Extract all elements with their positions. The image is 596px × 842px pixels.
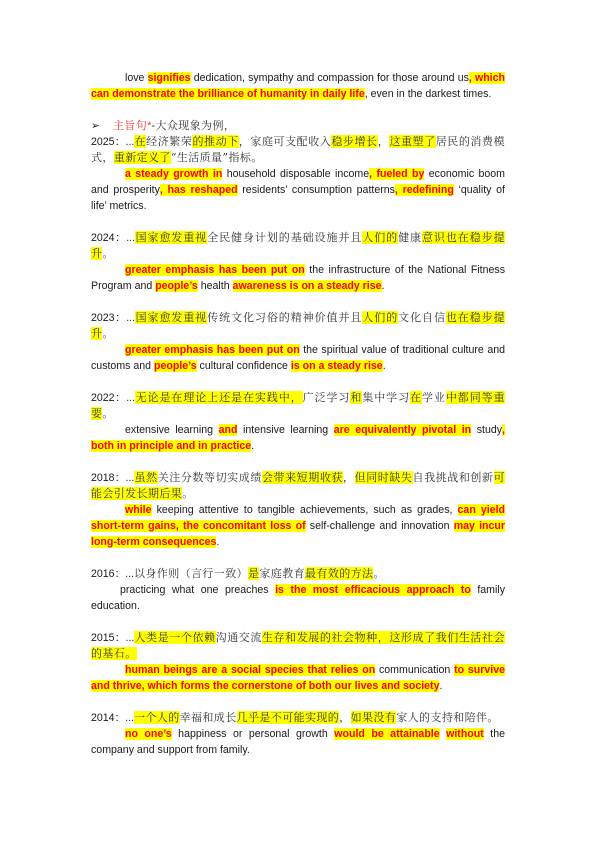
text-segment: . — [439, 680, 442, 692]
text-segment: 自我挑战和创新 — [413, 471, 494, 484]
text-segment: 传统文化习俗的精神价值并且 — [207, 311, 362, 324]
highlighted-text: 人们的 — [362, 311, 398, 324]
text-segment: self-challenge and innovation — [306, 520, 454, 532]
text-segment: ， — [339, 711, 350, 724]
text-segment: 家人的支持和陪伴。 — [396, 711, 499, 724]
highlighted-text: 如果没有 — [351, 711, 397, 724]
text-segment: ， — [343, 471, 355, 484]
text-segment: ，家庭可支配收入 — [239, 135, 332, 148]
highlighted-text: 重新定义了 — [114, 151, 171, 164]
key-phrase: is on a steady rise — [291, 360, 383, 372]
chinese-sentence: 2015：...人类是一个依赖沟通交流生存和发展的社会物种，这形成了我们生活社会… — [91, 630, 505, 662]
highlighted-text: 在 — [410, 391, 422, 404]
entries-list: 2025：...在经济繁荣的推动下，家庭可支配收入稳步增长，这重塑了居民的消费模… — [91, 134, 505, 758]
english-translation: no one’s happiness or personal growth wo… — [91, 726, 505, 758]
key-phrase: greater emphasis has been put on — [125, 344, 300, 356]
spacer — [91, 214, 505, 230]
highlighted-text: 但同时缺失 — [355, 471, 413, 484]
highlighted-text: 无论是在理论上还是在实践中， — [135, 391, 303, 404]
chinese-sentence: 2023：...国家愈发重视传统文化习俗的精神价值并且人们的文化自信也在稳步提升… — [91, 310, 505, 342]
highlighted-text: 一个人的 — [134, 711, 180, 724]
entry-2016: 2016：...以身作则（言行一致）是家庭教育最有效的方法。practicing… — [91, 566, 505, 630]
text-segment: 健康 — [398, 231, 422, 244]
text-segment: 广泛学习 — [303, 391, 351, 404]
chinese-sentence: 2016：...以身作则（言行一致）是家庭教育最有效的方法。 — [91, 566, 505, 582]
highlighted-text: 这重塑了 — [389, 135, 435, 148]
heading-label: 主旨句 — [113, 119, 147, 132]
text-segment: , even in the darkest times. — [365, 88, 492, 100]
key-phrase: without — [446, 728, 484, 740]
chinese-sentence: 2024：...国家愈发重视全民健身计划的基础设施并且人们的健康意识也在稳步提升… — [91, 230, 505, 262]
text-segment: dedication, sympathy and compassion for … — [191, 72, 469, 84]
english-translation: a steady growth in household disposable … — [91, 166, 505, 214]
text-segment: 幸福和成长 — [180, 711, 237, 724]
key-phrase: , fueled by — [369, 168, 424, 180]
highlighted-text: 的推动下 — [192, 135, 238, 148]
text-segment: 经济繁荣 — [146, 135, 192, 148]
highlighted-text: 在 — [134, 135, 146, 148]
spacer — [91, 374, 505, 390]
key-phrase: human beings are a social species that r… — [125, 664, 375, 676]
chinese-sentence: 2022：...无论是在理论上还是在实践中，广泛学习和集中学习在学业中都同等重要… — [91, 390, 505, 422]
text-segment: 。 — [373, 567, 384, 580]
spacer — [91, 614, 505, 630]
highlighted-text: 几乎是不可能实现的 — [237, 711, 340, 724]
key-phrase: signifies — [148, 72, 191, 84]
entry-2022: 2022：...无论是在理论上还是在实践中，广泛学习和集中学习在学业中都同等重要… — [91, 390, 505, 470]
document-page: love signifies dedication, sympathy and … — [91, 70, 505, 758]
english-translation: practicing what one preaches is the most… — [91, 582, 505, 614]
highlighted-text: 人类是一个依赖 — [134, 631, 215, 644]
text-segment: 。 — [102, 407, 113, 420]
year-label: 2018：... — [91, 472, 134, 484]
text-segment: study — [471, 424, 502, 436]
key-phrase: , redefining — [395, 184, 454, 196]
highlighted-text: 国家愈发重视 — [135, 231, 207, 244]
entry-2025: 2025：...在经济繁荣的推动下，家庭可支配收入稳步增长，这重塑了居民的消费模… — [91, 134, 505, 230]
spacer — [91, 102, 505, 118]
text-segment: love — [125, 72, 148, 84]
text-segment: intensive learning — [237, 424, 333, 436]
entry-2018: 2018：...虽然关注分数等切实成绩会带来短期收获，但同时缺失自我挑战和创新可… — [91, 470, 505, 566]
text-segment: 以身作则（言行一致） — [134, 567, 248, 580]
text-segment: 。 — [102, 247, 113, 260]
spacer — [91, 550, 505, 566]
english-translation: while keeping attentive to tangible achi… — [91, 502, 505, 550]
entry-2014: 2014：...一个人的幸福和成长几乎是不可能实现的，如果没有家人的支持和陪伴。… — [91, 710, 505, 758]
highlighted-text: 稳步增长 — [331, 135, 377, 148]
highlighted-text: 人们的 — [362, 231, 398, 244]
entry-2024: 2024：...国家愈发重视全民健身计划的基础设施并且人们的健康意识也在稳步提升… — [91, 230, 505, 310]
chinese-sentence: 2025：...在经济繁荣的推动下，家庭可支配收入稳步增长，这重塑了居民的消费模… — [91, 134, 505, 166]
text-segment: 关注分数等切实成绩 — [158, 471, 262, 484]
entry-2023: 2023：...国家愈发重视传统文化习俗的精神价值并且人们的文化自信也在稳步提升… — [91, 310, 505, 390]
heading-rest: -大众现象为例， — [151, 119, 235, 132]
year-label: 2024：... — [91, 232, 135, 244]
text-segment: 全民健身计划的基础设施并且 — [207, 231, 362, 244]
spacer — [91, 294, 505, 310]
chinese-sentence: 2018：...虽然关注分数等切实成绩会带来短期收获，但同时缺失自我挑战和创新可… — [91, 470, 505, 502]
spacer — [91, 694, 505, 710]
year-label: 2015：... — [91, 632, 134, 644]
text-segment: residents’ consumption patterns — [238, 184, 395, 196]
text-segment: household disposable income — [222, 168, 369, 180]
key-phrase: people’s — [155, 280, 198, 292]
year-label: 2023：... — [91, 312, 135, 324]
key-phrase: people’s — [154, 360, 197, 372]
chinese-sentence: 2014：...一个人的幸福和成长几乎是不可能实现的，如果没有家人的支持和陪伴。 — [91, 710, 505, 726]
key-phrase: awareness is on a steady rise — [233, 280, 382, 292]
text-segment: communication — [375, 664, 454, 676]
english-translation: greater emphasis has been put on the inf… — [91, 262, 505, 294]
key-phrase: a steady growth in — [125, 168, 222, 180]
year-label: 2016：... — [91, 568, 134, 580]
arrow-bullet-icon: ➢ — [91, 118, 113, 134]
key-phrase: is the most efficacious approach to — [275, 584, 471, 596]
highlighted-text: 国家愈发重视 — [135, 311, 207, 324]
english-translation: greater emphasis has been put on the spi… — [91, 342, 505, 374]
text-segment: 。 — [182, 487, 193, 500]
year-label: 2025：... — [91, 136, 134, 148]
year-label: 2014：... — [91, 712, 134, 724]
entry-2015: 2015：...人类是一个依赖沟通交流生存和发展的社会物种，这形成了我们生活社会… — [91, 630, 505, 710]
text-segment: 学业 — [422, 391, 446, 404]
key-phrase: greater emphasis has been put on — [125, 264, 305, 276]
key-phrase: while — [125, 504, 152, 516]
text-segment: . — [382, 280, 385, 292]
key-phrase: and — [219, 424, 238, 436]
year-label: 2022：... — [91, 392, 135, 404]
intro-paragraph: love signifies dedication, sympathy and … — [91, 70, 505, 102]
text-segment: happiness or personal growth — [172, 728, 335, 740]
text-segment: . — [383, 360, 386, 372]
text-segment: “生活质量”指标。 — [171, 151, 263, 164]
key-phrase: , has reshaped — [160, 184, 238, 196]
text-segment: 集中学习 — [362, 391, 410, 404]
highlighted-text: 和 — [350, 391, 362, 404]
text-segment: health — [198, 280, 233, 292]
english-translation: human beings are a social species that r… — [91, 662, 505, 694]
highlighted-text: 会带来短期收获 — [262, 471, 343, 484]
text-segment: 文化自信 — [398, 311, 446, 324]
spacer — [91, 454, 505, 470]
text-segment: 沟通交流 — [216, 631, 262, 644]
text-segment: 。 — [102, 327, 113, 340]
text-segment: 家庭教育 — [259, 567, 305, 580]
key-phrase: would be attainable — [334, 728, 439, 740]
text-segment: . — [251, 440, 254, 452]
key-phrase: are equivalently pivotal in — [334, 424, 471, 436]
text-segment: cultural confidence — [197, 360, 291, 372]
text-segment: keeping attentive to tangible achievemen… — [152, 504, 458, 516]
section-heading: ➢主旨句*-大众现象为例， — [91, 118, 505, 134]
highlighted-text: 虽然 — [134, 471, 157, 484]
text-segment: ， — [378, 135, 390, 148]
text-segment: practicing what one preaches — [120, 584, 275, 596]
english-translation: extensive learning and intensive learnin… — [91, 422, 505, 454]
text-segment: . — [216, 536, 219, 548]
highlighted-text: 最有效的方法 — [305, 567, 373, 580]
highlighted-text: 是 — [248, 567, 259, 580]
text-segment: extensive learning — [125, 424, 219, 436]
key-phrase: no one’s — [125, 728, 172, 740]
